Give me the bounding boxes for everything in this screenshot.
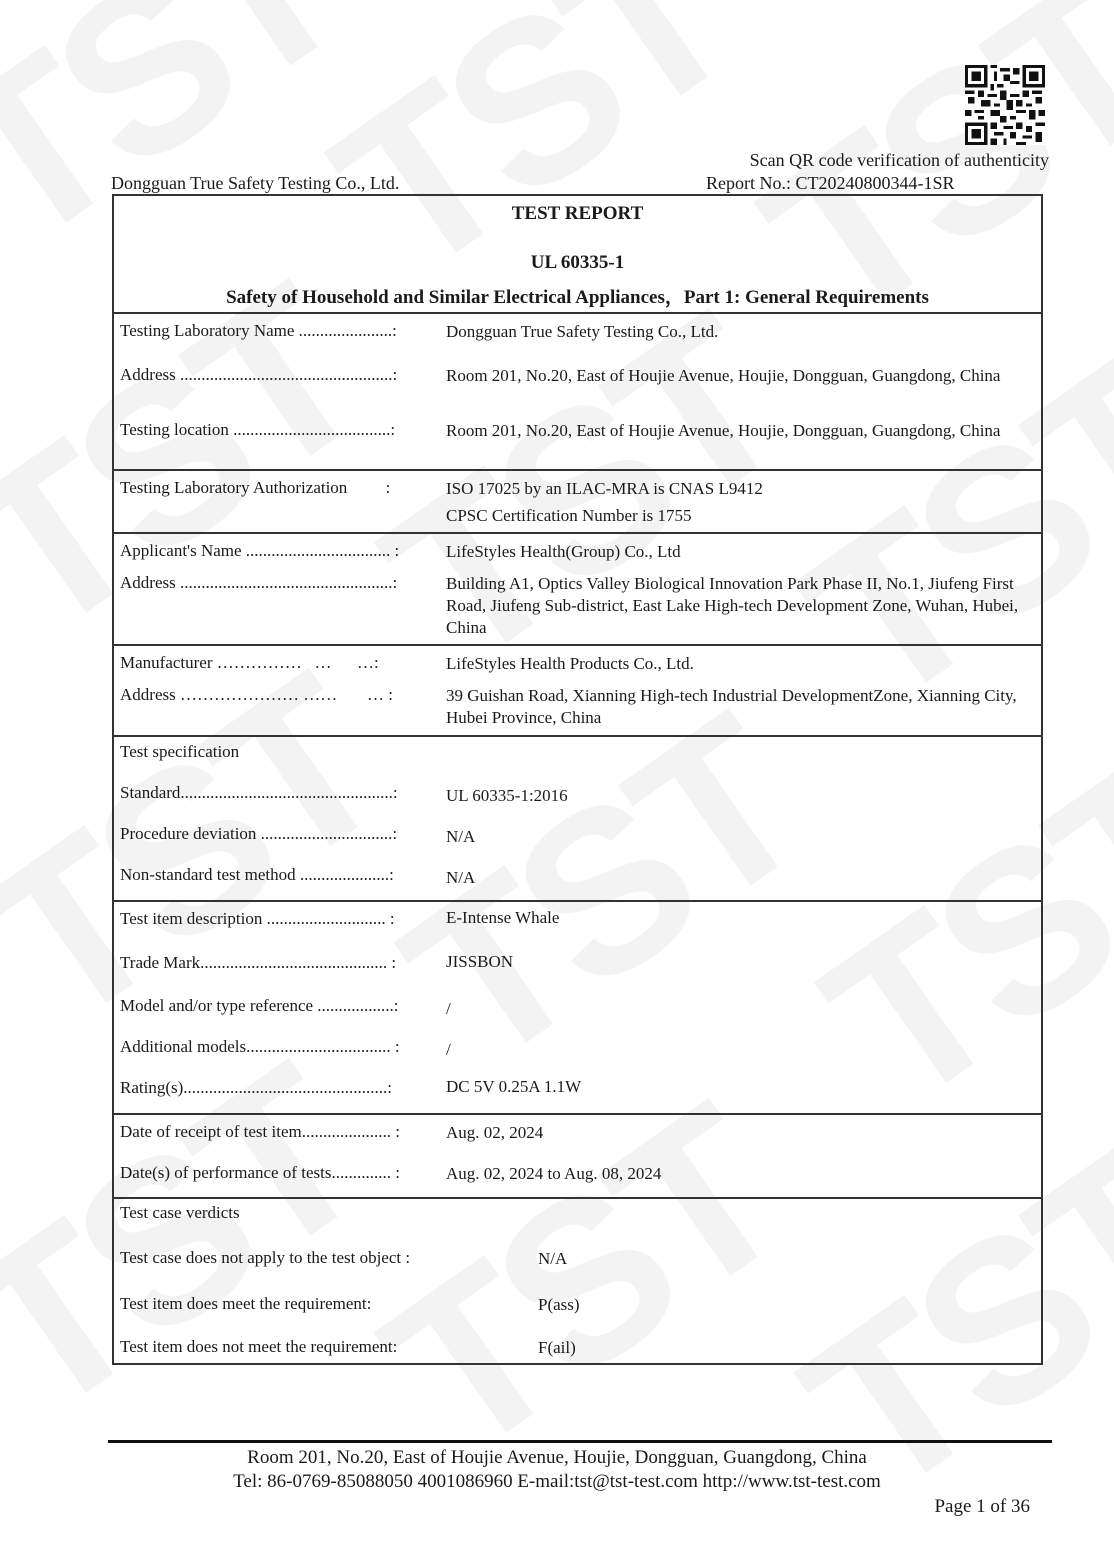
field-value: Aug. 02, 2024 (446, 1122, 1037, 1144)
lab-section: Testing Laboratory Name ................… (114, 314, 1041, 471)
manufacturer-section: Manufacturer …………… … …: LifeStyles Healt… (114, 646, 1041, 737)
verdicts-section: Test case verdicts Test case does not ap… (114, 1199, 1041, 1379)
field-label: Applicant's Name .......................… (120, 541, 399, 561)
field-value: Dongguan True Safety Testing Co., Ltd. (446, 321, 1037, 343)
report-number: Report No.: CT20240800344-1SR (706, 173, 955, 194)
field-label: Test item does not meet the requirement: (120, 1337, 397, 1357)
dates-section: Date of receipt of test item............… (114, 1115, 1041, 1199)
field-label: Date of receipt of test item............… (120, 1122, 400, 1142)
footer-address: Room 201, No.20, East of Houjie Avenue, … (0, 1447, 1114, 1469)
field-label: Test item description ..................… (120, 909, 395, 929)
qr-caption: Scan QR code verification of authenticit… (750, 150, 1049, 171)
section-heading: Test specification (120, 742, 239, 762)
lab-name-header: Dongguan True Safety Testing Co., Ltd. (111, 173, 399, 194)
section-heading: Test case verdicts (120, 1203, 240, 1223)
field-label: Address ………………… …… … : (120, 685, 393, 705)
field-value: JISSBON (446, 951, 1037, 973)
verdict-value: P(ass) (538, 1294, 1037, 1316)
field-value: LifeStyles Health(Group) Co., Ltd (446, 541, 1037, 563)
field-label: Model and/or type reference ............… (120, 996, 399, 1016)
field-label: Procedure deviation ....................… (120, 824, 397, 844)
field-label: Address ................................… (120, 573, 397, 593)
field-value: CPSC Certification Number is 1755 (446, 505, 1037, 527)
test-item-section: Test item description ..................… (114, 902, 1041, 1115)
field-label: Testing location .......................… (120, 420, 395, 440)
field-label: Testing Laboratory Authorization : (120, 478, 390, 498)
field-label: Standard................................… (120, 783, 398, 803)
field-value: Aug. 02, 2024 to Aug. 08, 2024 (446, 1163, 1037, 1185)
report-title-block: TEST REPORT UL 60335-1 Safety of Househo… (114, 196, 1041, 314)
field-label: Test item does meet the requirement: (120, 1294, 371, 1314)
field-value: / (446, 1039, 1037, 1061)
field-label: Non-standard test method ...............… (120, 865, 394, 885)
field-value: / (446, 998, 1037, 1020)
field-value: LifeStyles Health Products Co., Ltd. (446, 653, 1037, 675)
field-value: 39 Guishan Road, Xianning High-tech Indu… (446, 685, 1037, 729)
authorization-section: Testing Laboratory Authorization : ISO 1… (114, 471, 1041, 534)
field-label: Address ................................… (120, 365, 397, 385)
field-value: UL 60335-1:2016 (446, 785, 1037, 807)
standard-subtitle: Safety of Household and Similar Electric… (114, 282, 1041, 309)
footer-contact: Tel: 86-0769-85088050 4001086960 E-mail:… (0, 1471, 1114, 1493)
field-label: Rating(s)...............................… (120, 1078, 392, 1098)
field-value: N/A (446, 826, 1037, 848)
field-value: Room 201, No.20, East of Houjie Avenue, … (446, 365, 1037, 387)
footer-divider (108, 1440, 1052, 1443)
field-label: Test case does not apply to the test obj… (120, 1248, 410, 1268)
page-number: Page 1 of 36 (934, 1496, 1030, 1518)
qr-code-icon[interactable] (965, 65, 1045, 145)
field-value: Building A1, Optics Valley Biological In… (446, 573, 1037, 639)
field-label: Date(s) of performance of tests.........… (120, 1163, 400, 1183)
field-value: N/A (446, 867, 1037, 889)
field-label: Additional models.......................… (120, 1037, 400, 1057)
test-specification-section: Test specification Standard.............… (114, 737, 1041, 902)
verdict-value: F(ail) (538, 1337, 1037, 1359)
field-label: Testing Laboratory Name ................… (120, 321, 397, 341)
verdict-value: N/A (538, 1248, 1037, 1270)
report-table: TEST REPORT UL 60335-1 Safety of Househo… (112, 194, 1043, 1365)
report-title: TEST REPORT (114, 203, 1041, 225)
field-label: Trade Mark..............................… (120, 953, 396, 973)
applicant-section: Applicant's Name .......................… (114, 534, 1041, 646)
field-value: E-Intense Whale (446, 907, 1037, 929)
field-label: Manufacturer …………… … …: (120, 653, 379, 673)
field-value: ISO 17025 by an ILAC-MRA is CNAS L9412 (446, 478, 1037, 500)
field-value: Room 201, No.20, East of Houjie Avenue, … (446, 420, 1037, 442)
standard-title: UL 60335-1 (114, 252, 1041, 274)
field-value: DC 5V 0.25A 1.1W (446, 1076, 1037, 1098)
